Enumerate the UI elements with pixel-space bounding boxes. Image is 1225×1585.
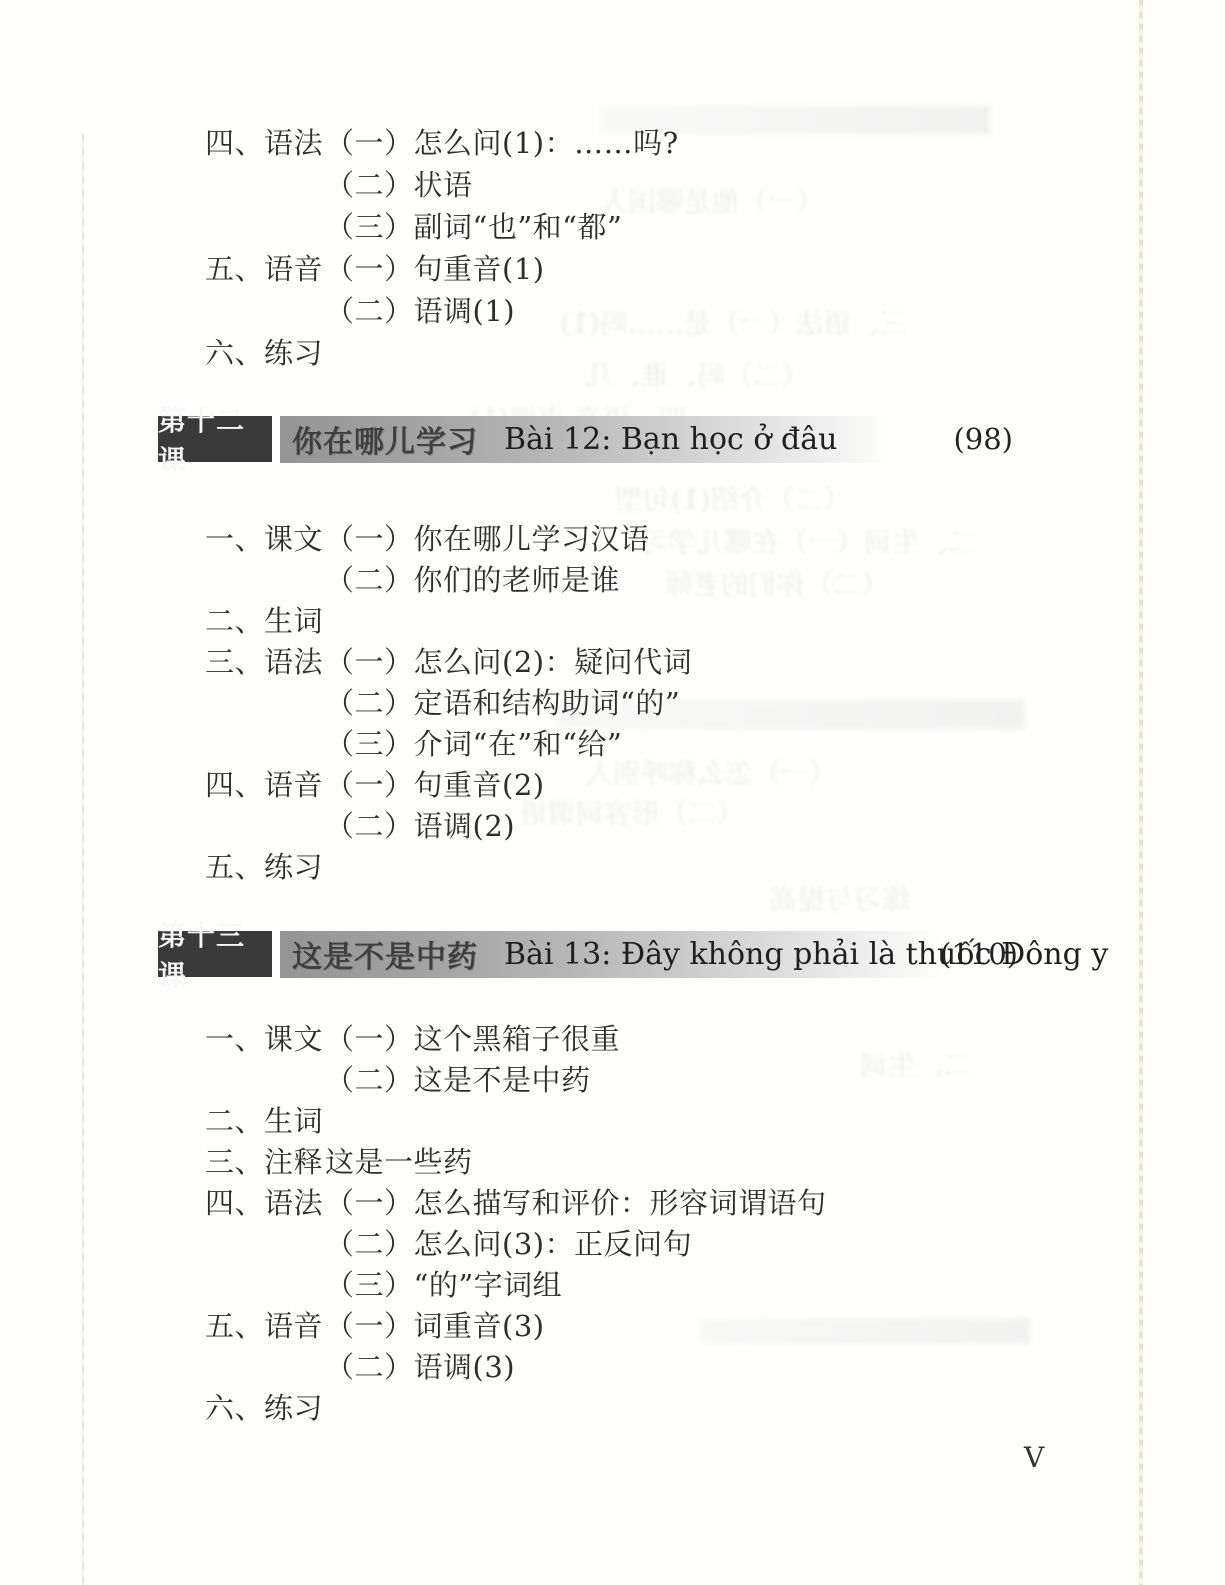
toc-item-label: 六、练习 bbox=[205, 1386, 325, 1427]
toc-item-text: （二）你们的老师是谁 bbox=[325, 558, 620, 599]
toc-item-text: （一）怎么描写和评价：形容词谓语句 bbox=[325, 1181, 827, 1222]
toc-row: （二）定语和结构助词“的” bbox=[205, 681, 1035, 722]
toc-item-text: （二）语调(2) bbox=[325, 804, 515, 845]
toc-row: 四、语音 （一）句重音(2) bbox=[205, 763, 1035, 804]
toc-item-text: （一）怎么问(1)：……吗? bbox=[325, 121, 679, 162]
toc-item-text: 这是一些药 bbox=[325, 1140, 473, 1181]
lesson-title-chinese: 这是不是中药 bbox=[292, 932, 478, 976]
toc-item-text: （三）介词“在”和“给” bbox=[325, 722, 622, 763]
toc-row: 二、生词 bbox=[205, 599, 1035, 640]
toc-row: （二）语调(3) bbox=[205, 1345, 1035, 1386]
toc-item-label: 五、语音 bbox=[205, 1304, 325, 1345]
toc-row: （三）介词“在”和“给” bbox=[205, 722, 1035, 763]
toc-item-label: 二、生词 bbox=[205, 599, 325, 640]
lesson-12-contents: 一、课文 （一）你在哪儿学习汉语 （二）你们的老师是谁 二、生词 三、语法 （一… bbox=[205, 517, 1035, 886]
toc-item-text: （一）怎么问(2)：疑问代词 bbox=[325, 640, 692, 681]
lesson-13-header: 第十三课 这是不是中药 Bài 13: Đây không phải là th… bbox=[158, 931, 1015, 977]
toc-item-text: （二）状语 bbox=[325, 163, 473, 204]
toc-row: 五、练习 bbox=[205, 845, 1035, 886]
toc-item-text: （三）副词“也”和“都” bbox=[325, 205, 622, 246]
toc-item-label: 四、语法 bbox=[205, 1181, 325, 1222]
toc-item-label: 六、练习 bbox=[205, 331, 325, 372]
page-edge-right bbox=[1139, 0, 1143, 1585]
toc-item-text: （二）怎么问(3)：正反问句 bbox=[325, 1222, 692, 1263]
toc-item-label: 一、课文 bbox=[205, 1017, 325, 1058]
lesson-badge: 第十三课 bbox=[158, 931, 272, 977]
toc-row: （三）“的”字词组 bbox=[205, 1263, 1035, 1304]
toc-row: 五、语音 （一）词重音(3) bbox=[205, 1304, 1035, 1345]
toc-row: 一、课文 （一）你在哪儿学习汉语 bbox=[205, 517, 1035, 558]
lesson-13-contents: 一、课文 （一）这个黑箱子很重 （二）这是不是中药 二、生词 三、注释 这是一些… bbox=[205, 1017, 1035, 1427]
toc-item-text: （三）“的”字词组 bbox=[325, 1263, 562, 1304]
book-page: （一）他是哪国人 三、语法（一）是……吗(1) （二）吗、谁、几 四、语音 声调… bbox=[0, 0, 1225, 1585]
toc-item-label: 四、语法 bbox=[205, 121, 325, 162]
lesson-title-bar: 你在哪儿学习 Bài 12: Bạn học ở đâu bbox=[280, 416, 890, 463]
lesson-page-ref: (110) bbox=[940, 937, 1020, 971]
lesson-title-chinese: 你在哪儿学习 bbox=[292, 417, 478, 461]
toc-item-text: （一）你在哪儿学习汉语 bbox=[325, 517, 650, 558]
toc-item-label: 二、生词 bbox=[205, 1099, 325, 1140]
toc-row: 四、语法 （一）怎么描写和评价：形容词谓语句 bbox=[205, 1181, 1035, 1222]
toc-item-text: （一）这个黑箱子很重 bbox=[325, 1017, 620, 1058]
toc-row: （三）副词“也”和“都” bbox=[205, 204, 1035, 246]
bleedthrough-text: （二）介绍(1)句型 bbox=[615, 478, 851, 518]
lesson-page-ref: (98) bbox=[953, 422, 1015, 456]
toc-item-label: 三、语法 bbox=[205, 640, 325, 681]
lesson-title-bar: 这是不是中药 Bài 13: Đây không phải là thuốc Đ… bbox=[280, 931, 940, 978]
toc-item-text: （二）语调(1) bbox=[325, 289, 515, 330]
toc-item-label: 四、语音 bbox=[205, 763, 325, 804]
toc-row: （二）状语 bbox=[205, 162, 1035, 204]
page-number: V bbox=[1024, 1441, 1044, 1474]
toc-row: （二）语调(1) bbox=[205, 288, 1035, 330]
toc-row: 一、课文 （一）这个黑箱子很重 bbox=[205, 1017, 1035, 1058]
lesson-12-header: 第十二课 你在哪儿学习 Bài 12: Bạn học ở đâu (98) bbox=[158, 416, 1015, 462]
toc-item-label: 五、练习 bbox=[205, 845, 325, 886]
toc-row: 五、语音 （一）句重音(1) bbox=[205, 246, 1035, 288]
toc-item-text: （二）语调(3) bbox=[325, 1345, 515, 1386]
toc-row: 四、语法 （一）怎么问(1)：……吗? bbox=[205, 120, 1035, 162]
toc-item-text: （二）定语和结构助词“的” bbox=[325, 681, 680, 722]
toc-row: （二）你们的老师是谁 bbox=[205, 558, 1035, 599]
toc-row: 六、练习 bbox=[205, 1386, 1035, 1427]
toc-item-text: （一）句重音(1) bbox=[325, 247, 545, 288]
toc-item-label: 三、注释 bbox=[205, 1140, 325, 1181]
toc-row: （二）怎么问(3)：正反问句 bbox=[205, 1222, 1035, 1263]
toc-item-text: （一）词重音(3) bbox=[325, 1304, 545, 1345]
toc-item-text: （一）句重音(2) bbox=[325, 763, 545, 804]
toc-item-label: 一、课文 bbox=[205, 517, 325, 558]
toc-row: 六、练习 bbox=[205, 330, 1035, 372]
lesson-title-vietnamese: Bài 12: Bạn học ở đâu bbox=[504, 422, 837, 457]
toc-row: 三、注释 这是一些药 bbox=[205, 1140, 1035, 1181]
toc-item-text: （二）这是不是中药 bbox=[325, 1058, 591, 1099]
toc-row: （二）语调(2) bbox=[205, 804, 1035, 845]
page-edge-left bbox=[82, 134, 84, 1585]
toc-row: 二、生词 bbox=[205, 1099, 1035, 1140]
toc-item-label: 五、语音 bbox=[205, 247, 325, 288]
lesson-badge: 第十二课 bbox=[158, 416, 272, 462]
toc-continued-block: 四、语法 （一）怎么问(1)：……吗? （二）状语 （三）副词“也”和“都” 五… bbox=[205, 120, 1035, 372]
toc-row: （二）这是不是中药 bbox=[205, 1058, 1035, 1099]
toc-row: 三、语法 （一）怎么问(2)：疑问代词 bbox=[205, 640, 1035, 681]
